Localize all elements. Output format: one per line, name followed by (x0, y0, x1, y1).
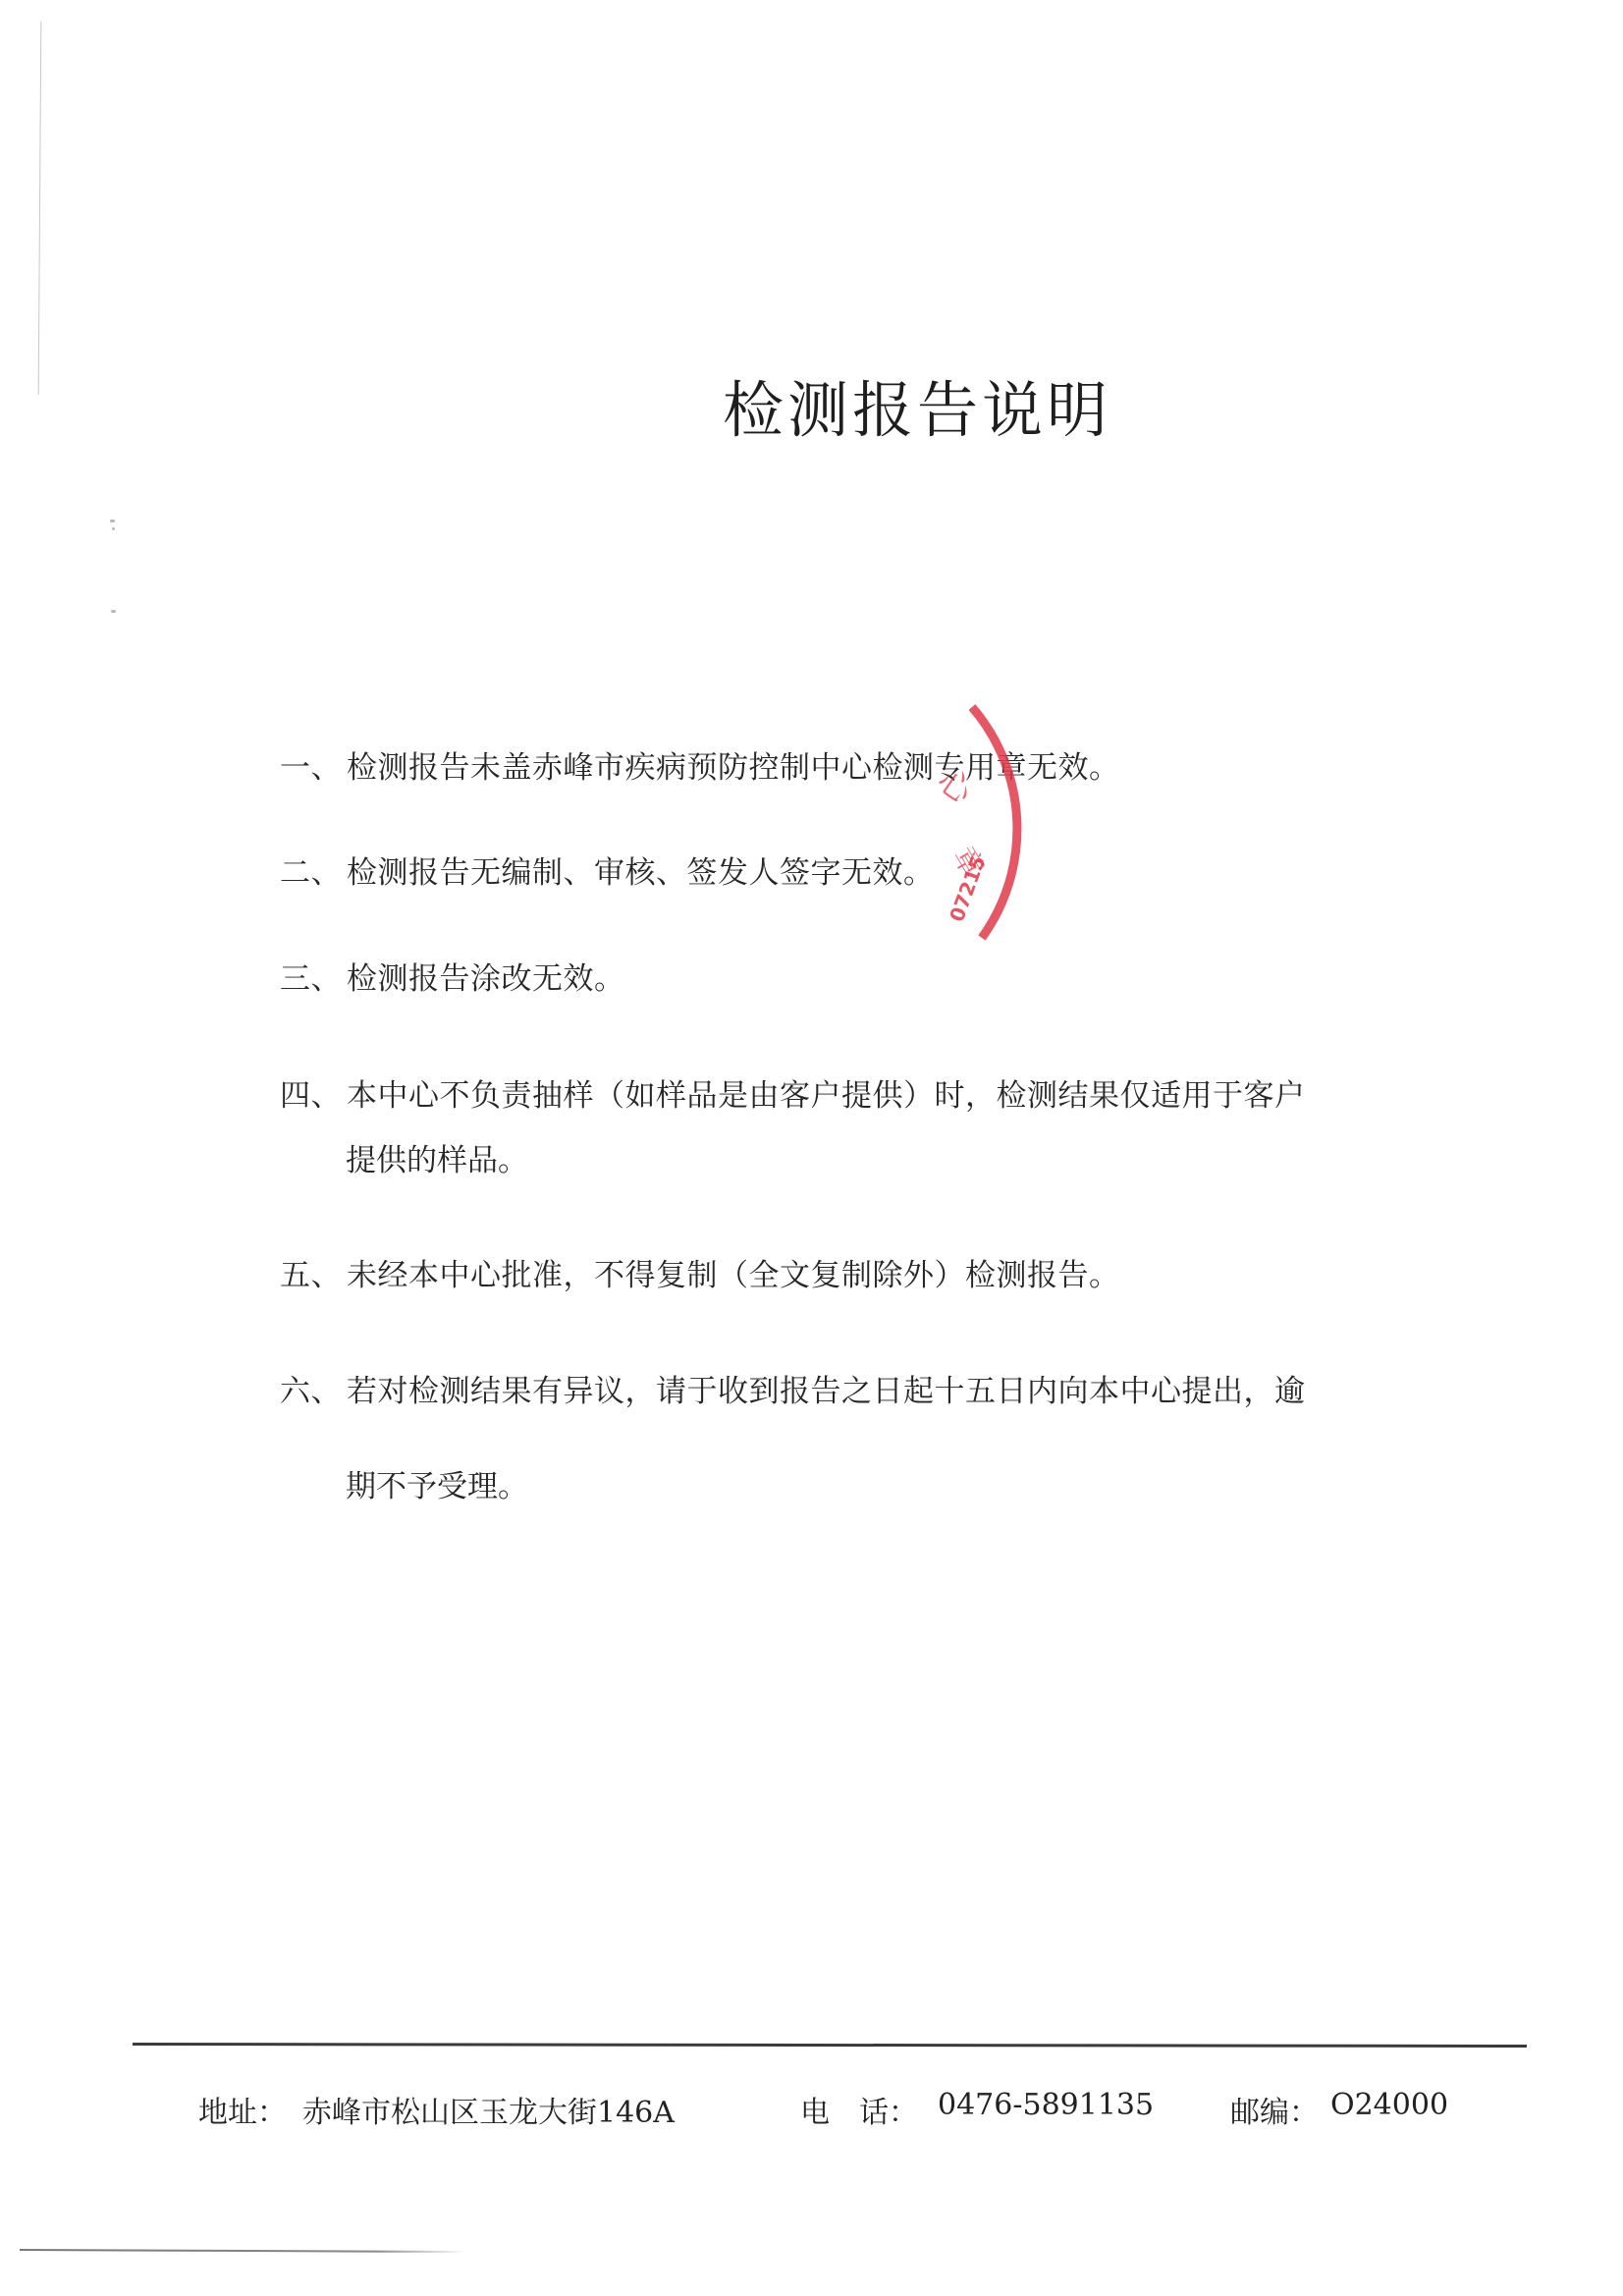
item-number: 三、 (280, 954, 347, 998)
item-text: 未经本中心批准，不得复制（全文复制除外）检测报告。 (347, 1258, 1120, 1293)
item-number: 六、 (280, 1366, 347, 1410)
item-number: 四、 (280, 1070, 347, 1115)
notice-item-6-continuation: 期不予受理。 (346, 1461, 528, 1505)
notice-item-1: 一、检测报告未盖赤峰市疾病预防控制中心检测专用章无效。 (280, 742, 1120, 787)
scan-edge-line (38, 22, 42, 395)
phone-label: 电 话： (800, 2088, 918, 2131)
phone-value: 0476-5891135 (938, 2088, 1154, 2122)
item-number: 二、 (280, 847, 347, 892)
address-value: 赤峰市松山区玉龙大街146A (302, 2088, 675, 2131)
svg-text:章: 章 (946, 842, 990, 884)
postcode-value: O24000 (1330, 2088, 1448, 2122)
item-number: 五、 (280, 1250, 347, 1294)
item-text: 检测报告未盖赤峰市疾病预防控制中心检测专用章无效。 (347, 750, 1120, 786)
scan-specks (108, 516, 122, 624)
official-stamp-icon: 心 章 07215 (884, 687, 1060, 953)
page-title: 检测报告说明 (0, 361, 1623, 449)
item-text: 本中心不负责抽样（如样品是由客户提供）时，检测结果仅适用于客户 (347, 1078, 1306, 1114)
scan-artifact-line (20, 2249, 466, 2253)
notice-item-4-continuation: 提供的样品。 (346, 1135, 528, 1179)
notice-item-6: 六、若对检测结果有异议，请于收到报告之日起十五日内向本中心提出，逾 (280, 1366, 1306, 1410)
notice-item-3: 三、检测报告涂改无效。 (280, 954, 625, 998)
footer-divider (133, 2043, 1527, 2048)
address-label: 地址： (198, 2088, 287, 2131)
item-text: 若对检测结果有异议，请于收到报告之日起十五日内向本中心提出，逾 (347, 1374, 1306, 1409)
postcode-label: 邮编： (1230, 2088, 1319, 2131)
notice-item-4: 四、本中心不负责抽样（如样品是由客户提供）时，检测结果仅适用于客户 (280, 1070, 1306, 1115)
item-text: 检测报告无编制、审核、签发人签字无效。 (347, 855, 935, 891)
svg-text:07215: 07215 (945, 852, 990, 925)
notice-item-5: 五、未经本中心批准，不得复制（全文复制除外）检测报告。 (280, 1250, 1120, 1294)
notice-item-2: 二、检测报告无编制、审核、签发人签字无效。 (280, 847, 935, 892)
item-number: 一、 (280, 742, 347, 787)
footer: 地址： 赤峰市松山区玉龙大街146A 电 话： 0476-5891135 邮编：… (0, 2088, 1623, 2137)
item-text: 检测报告涂改无效。 (347, 961, 625, 997)
